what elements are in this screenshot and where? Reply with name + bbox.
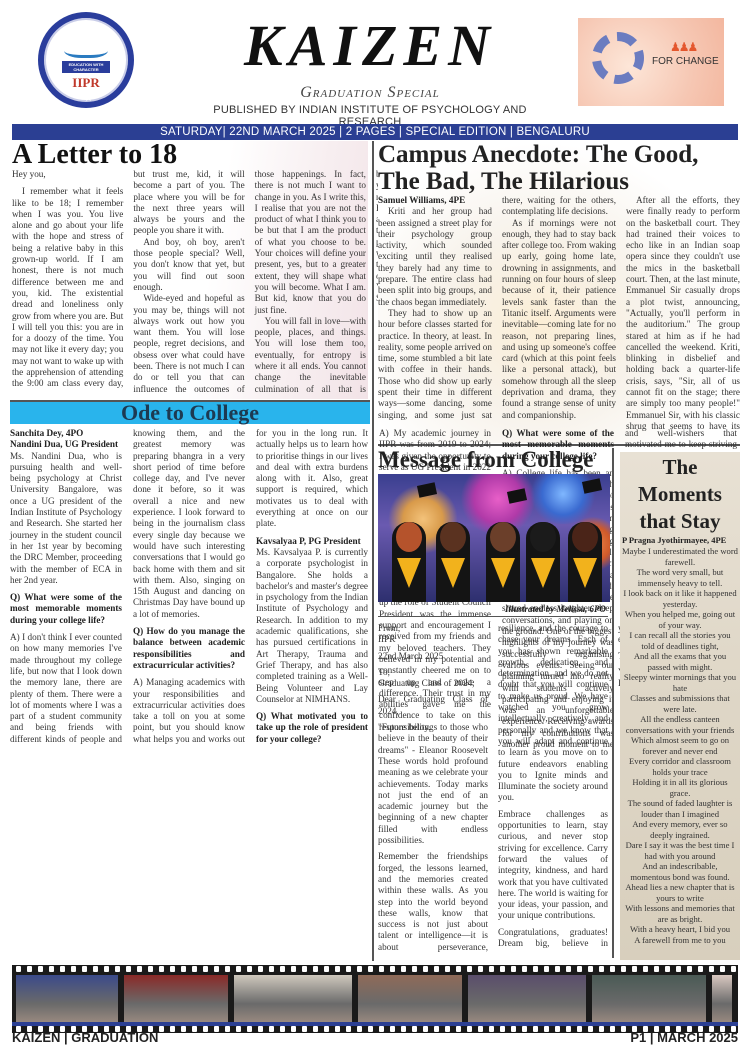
greeting: Hey you,	[12, 169, 123, 180]
paragraph: As if mornings were not enough, they had…	[502, 218, 616, 421]
article-ode-to-college: Sanchita Dey, 4PO Nandini Dua, UG Presid…	[10, 428, 368, 758]
to-label: To,	[378, 667, 488, 678]
poem-line: With lessons and memories that are as br…	[622, 903, 738, 924]
people-icon: ♟♟♟	[670, 40, 696, 55]
for-change-text: FOR CHANGE	[652, 56, 719, 67]
paragraph: Kriti and her group had been assigned a …	[378, 206, 492, 308]
byline: Sanchita Dey, 4PO	[10, 428, 122, 439]
book-icon	[64, 40, 108, 58]
poem-line: A farewell from me to you	[622, 935, 738, 946]
byline: P Pragna Jyothirmayee, 4PE	[622, 535, 738, 546]
poem-line: When you helped me, going out of your wa…	[622, 609, 738, 630]
poem-title: The Moments that Stay	[622, 454, 738, 535]
event-photo-6	[592, 975, 706, 1023]
iipr-logo: EDUCATION WITH CHARACTER IIPR ★	[38, 12, 134, 108]
article-body: Hey you, I remember what it feels like t…	[12, 169, 366, 397]
dateline-bar: SATURDAY| 22ND MARCH 2025 | 2 PAGES | SP…	[12, 124, 738, 140]
event-photo-4	[358, 975, 462, 1023]
paragraph: And boy, oh boy, aren't those people spe…	[133, 237, 244, 293]
article-title: A Letter to 18	[12, 141, 366, 169]
poem-line: And an indescribable, momentous bond was…	[622, 861, 738, 882]
paragraph: "Future belongs to those who believe in …	[378, 722, 488, 846]
poem-line: Dare I say it was the best time I had wi…	[622, 840, 738, 861]
article-body: From, IIPR 22nd March 2025 To, Graduatin…	[378, 623, 608, 963]
film-frames	[16, 975, 732, 1023]
to-name: Graduating Class of 2024,	[378, 678, 488, 689]
event-photo-3	[234, 975, 352, 1023]
event-photo-2	[124, 975, 228, 1023]
illustration-credit: Illustrated by Melissa, 6PO	[378, 602, 608, 617]
interviewee-heading: Kavsalyaa P, PG President	[256, 536, 368, 547]
column-divider	[372, 141, 374, 961]
edition-subtitle: Graduation Special	[190, 84, 550, 102]
poem-line: All the endless canteen conversations wi…	[622, 714, 738, 735]
event-photo-5	[468, 975, 586, 1023]
graduation-illustration	[378, 474, 610, 602]
film-sprockets-top	[12, 965, 738, 973]
poem-line: Which almost seem to go on forever and n…	[622, 735, 738, 756]
newsletter-title: KAIZEN	[190, 14, 550, 78]
from-name: IIPR	[378, 634, 488, 645]
poem-line: Holding it in all its glorious grace.	[622, 777, 738, 798]
poem-line: The sound of faded laughter is louder th…	[622, 798, 738, 819]
footer-page-info: P1 | MARCH 2025	[630, 1030, 738, 1045]
masthead: EDUCATION WITH CHARACTER IIPR ★ KAIZEN G…	[0, 0, 750, 122]
letter-date: 22nd March 2025	[378, 651, 488, 662]
article-body: Samuel Williams, 4PE Kriti and her group…	[378, 195, 740, 441]
article-letter-to-18: A Letter to 18 Hey you, I remember what …	[10, 141, 368, 399]
article-title: Message from College	[378, 448, 608, 472]
poem-line: Classes and submissions that were late.	[622, 693, 738, 714]
logo-abbr: IIPR	[62, 75, 110, 91]
interviewee-heading: Nandini Dua, UG President	[10, 439, 122, 450]
star-icon: ★	[84, 93, 93, 104]
poem-line: And every memory, ever so deeply ingrain…	[622, 819, 738, 840]
article-title: Ode to College	[10, 402, 370, 424]
article-message-from-college: Message from College Illustrated by Meli…	[378, 448, 614, 958]
question: Q) What motivated you to take up the rol…	[256, 711, 368, 745]
poem-line: With a heavy heart, I bid you	[622, 924, 738, 935]
article-body: Sanchita Dey, 4PO Nandini Dua, UG Presid…	[10, 428, 368, 756]
logo-tagline: EDUCATION WITH CHARACTER	[62, 61, 110, 73]
poem-the-moments-that-stay: The Moments that Stay P Pragna Jyothirma…	[620, 452, 740, 960]
event-photo-7	[712, 975, 732, 1023]
poem-line: Sleepy winter mornings that you hate	[622, 672, 738, 693]
paragraph: Ms. Nandini Dua, who is pursuing health …	[10, 451, 122, 587]
article-title: Campus Anecdote: The Good, The Bad, The …	[378, 141, 740, 195]
byline: Samuel Williams, 4PE	[378, 195, 492, 206]
question: Q) How do you manage the balance between…	[133, 626, 245, 671]
poem-line: Maybe I underestimated the word farewell…	[622, 546, 738, 567]
title-block: KAIZEN Graduation Special PUBLISHED BY I…	[190, 14, 550, 128]
for-change-logo: ♟♟♟ FOR CHANGE	[578, 18, 724, 106]
paragraph: After all the efforts, they were finally…	[626, 195, 750, 441]
ode-header-band: Ode to College	[10, 402, 370, 424]
graduation-cap-icon	[582, 478, 602, 493]
poem-line: Every corridor and classroom holds your …	[622, 756, 738, 777]
paragraph: Embrace challenges as opportunities to l…	[498, 809, 608, 922]
article-campus-anecdote: Campus Anecdote: The Good, The Bad, The …	[378, 141, 740, 443]
salutation: Dear Graduating Class of 2024,	[378, 694, 488, 717]
paragraph: Ms. Kavsalyaa P. is currently a corporat…	[256, 547, 368, 705]
question: Q) What were some of the most memorable …	[10, 592, 122, 626]
poem-line: I look back on it like it happened yeste…	[622, 588, 738, 609]
event-photo-1	[16, 975, 118, 1023]
poem-body: Maybe I underestimated the word farewell…	[622, 546, 738, 945]
footer-publication: KAIZEN | GRADUATION	[12, 1030, 158, 1045]
poem-line: Ahead lies a new chapter that is yours t…	[622, 882, 738, 903]
poem-line: The word very small, but immensely heavy…	[622, 567, 738, 588]
poem-line: I can recall all the stories you told of…	[622, 630, 738, 651]
from-label: From,	[378, 623, 488, 634]
footer-bar	[12, 1022, 738, 1026]
film-reel-icon	[592, 32, 644, 84]
poem-line: And all the exams that you passed with m…	[622, 651, 738, 672]
